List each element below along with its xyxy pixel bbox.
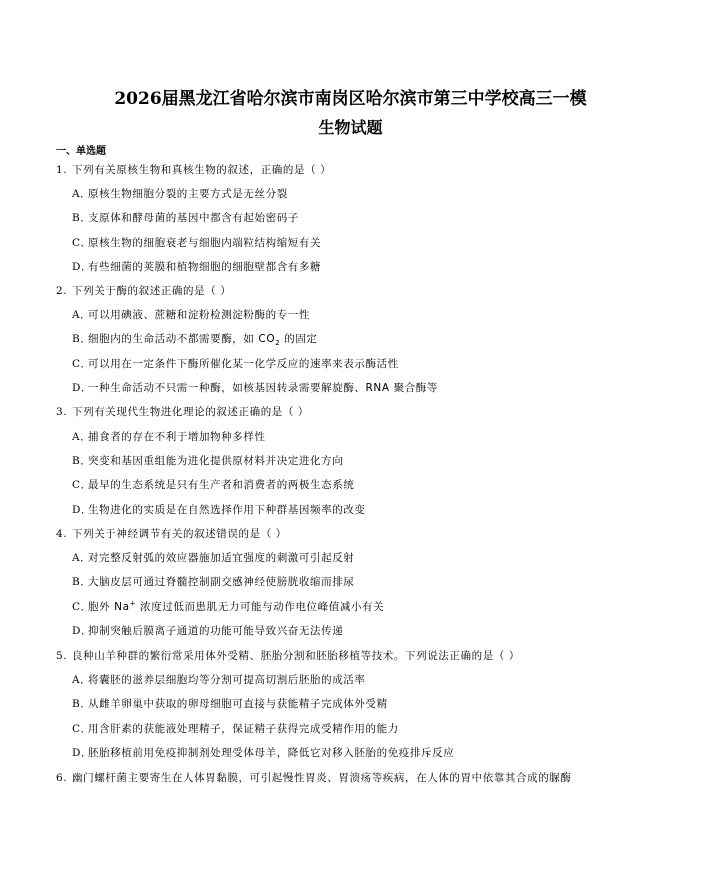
question-5-option-b: B．从雌羊卵巢中获取的卵母细胞可直接与获能精子完成体外受精	[72, 696, 388, 711]
question-number: 6.	[56, 772, 72, 784]
question-text: 下列有关原核生物和真核生物的叙述，正确的是（ ）	[72, 164, 331, 176]
section-heading: 一、单选题	[56, 142, 106, 157]
question-1-option-d: D．有些细菌的荚膜和植物细胞的细胞壁都含有多糖	[72, 259, 321, 274]
question-2-option-b: B．细胞内的生命活动不都需要酶，如 CO2 的固定	[72, 331, 318, 347]
question-3-option-c: C．最早的生态系统是只有生产者和消费者的两极生态系统	[72, 477, 354, 492]
question-4-option-b: B．大脑皮层可通过脊髓控制副交感神经使膀胱收缩而排尿	[72, 574, 354, 589]
question-text: 良种山羊种群的繁衍常采用体外受精、胚胎分割和胚胎移植等技术。下列说法正确的是（ …	[72, 650, 520, 662]
question-6-stem: 6.幽门螺杆菌主要寄生在人体胃黏膜，可引起慢性胃炎、胃溃疡等疾病，在人体的胃中依…	[56, 770, 572, 785]
question-1-option-a: A．原核生物细胞分裂的主要方式是无丝分裂	[72, 186, 288, 201]
question-1-option-c: C．原核生物的细胞衰老与细胞内端粒结构缩短有关	[72, 235, 321, 250]
question-3-option-d: D．生物进化的实质是在自然选择作用下种群基因频率的改变	[72, 502, 366, 517]
question-5-option-d: D．胚胎移植前用免疫抑制剂处理受体母羊，降低它对移入胚胎的免疫排斥反应	[72, 745, 454, 760]
question-number: 3.	[56, 406, 72, 418]
question-2-option-c: C．可以用在一定条件下酶所催化某一化学反应的速率来表示酶活性	[72, 356, 399, 371]
document-title: 2026届黑龙江省哈尔滨市南岗区哈尔滨市第三中学校高三一模	[0, 84, 701, 109]
question-2-option-d: D．一种生命活动不只需一种酶，如核基因转录需要解旋酶、RNA 聚合酶等	[72, 380, 438, 395]
question-4-stem: 4.下列关于神经调节有关的叙述错误的是（ ）	[56, 526, 287, 541]
question-text: 下列关于酶的叙述正确的是（ ）	[72, 285, 231, 297]
question-number: 2.	[56, 285, 72, 297]
question-4-option-a: A．对完整反射弧的效应器施加适宜强度的刺激可引起反射	[72, 550, 354, 565]
question-5-option-c: C．用含肝素的获能液处理精子，保证精子获得完成受精作用的能力	[72, 721, 399, 736]
document-subtitle: 生物试题	[0, 115, 701, 138]
question-number: 4.	[56, 528, 72, 540]
question-text: 幽门螺杆菌主要寄生在人体胃黏膜，可引起慢性胃炎、胃溃疡等疾病，在人体的胃中依靠其…	[72, 772, 572, 784]
question-number: 5.	[56, 650, 72, 662]
question-5-option-a: A．将囊胚的滋养层细胞均等分割可提高切割后胚胎的成活率	[72, 672, 366, 687]
question-5-stem: 5.良种山羊种群的繁衍常采用体外受精、胚胎分割和胚胎移植等技术。下列说法正确的是…	[56, 648, 520, 663]
question-4-option-d: D．抑制突触后膜离子通道的功能可能导致兴奋无法传递	[72, 623, 343, 638]
question-1-stem: 1.下列有关原核生物和真核生物的叙述，正确的是（ ）	[56, 162, 331, 177]
question-number: 1.	[56, 164, 72, 176]
question-3-option-b: B．突变和基因重组能为进化提供原材料并决定进化方向	[72, 453, 343, 468]
question-3-option-a: A．捕食者的存在不利于增加物种多样性	[72, 429, 266, 444]
question-4-option-c: C．胞外 Na+ 浓度过低而患肌无力可能与动作电位峰值减小有关	[72, 599, 384, 614]
question-3-stem: 3.下列有关现代生物进化理论的叙述正确的是（ ）	[56, 404, 309, 419]
question-2-stem: 2.下列关于酶的叙述正确的是（ ）	[56, 283, 231, 298]
question-text: 下列关于神经调节有关的叙述错误的是（ ）	[72, 528, 287, 540]
question-2-option-a: A．可以用碘液、蔗糖和淀粉检测淀粉酶的专一性	[72, 307, 310, 322]
question-1-option-b: B．支原体和酵母菌的基因中都含有起始密码子	[72, 210, 299, 225]
question-text: 下列有关现代生物进化理论的叙述正确的是（ ）	[72, 406, 309, 418]
